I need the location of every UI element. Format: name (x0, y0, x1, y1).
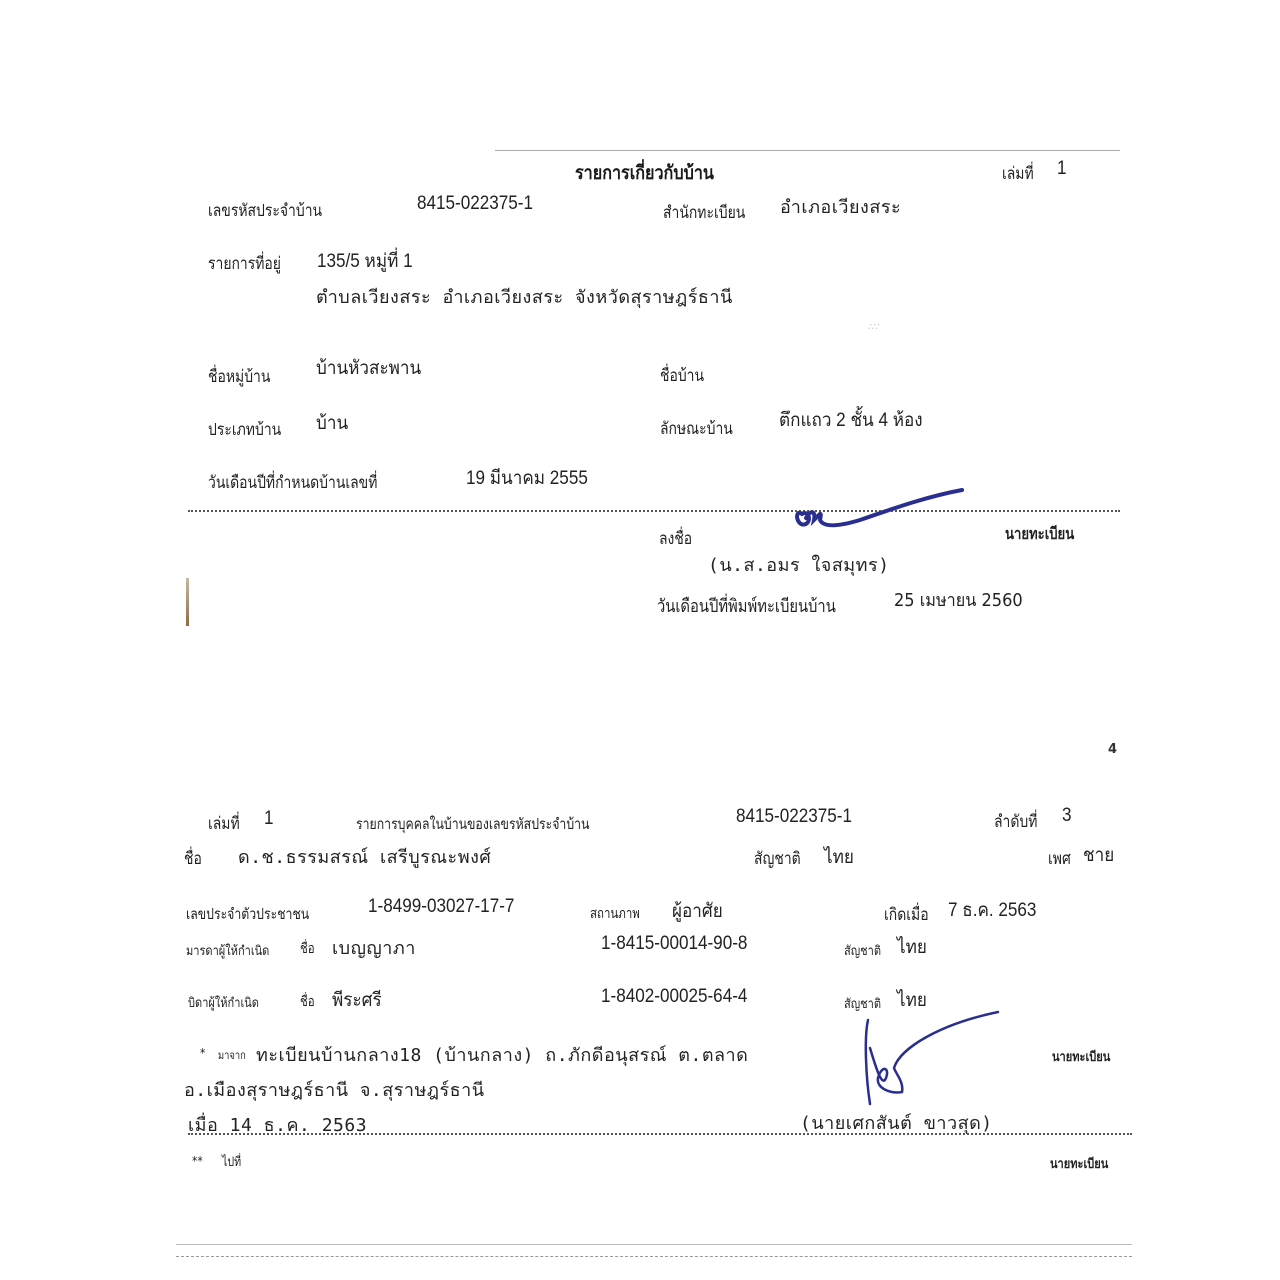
mother-nationality-label: สัญชาติ (844, 940, 881, 961)
mother-name-value: เบญญาภา (332, 933, 416, 962)
mother-id-value: 1-8415-00014-90-8 (601, 933, 747, 955)
registry-office-label: สำนักทะเบียน (663, 199, 745, 226)
person-book-label: เล่มที่ (208, 810, 240, 837)
stamp-smudge: ∴∵ (868, 322, 904, 338)
status-label: สถานภาพ (590, 903, 640, 925)
person-name-label: ชื่อ (184, 845, 202, 872)
order-value: 3 (1062, 805, 1072, 827)
father-label: บิดาผู้ให้กำเนิด (188, 992, 259, 1013)
house-code-value: 8415-022375-1 (417, 193, 533, 215)
house-code-label: เลขรหัสประจำบ้าน (208, 197, 322, 224)
order-label: ลำดับที่ (994, 808, 1037, 835)
house-style-label: ลักษณะบ้าน (660, 415, 733, 442)
moved-from-marker: * (200, 1046, 205, 1060)
house-type-label: ประเภทบ้าน (208, 416, 281, 443)
house-type-value: บ้าน (316, 408, 348, 438)
person-heading: รายการบุคคลในบ้านของเลขรหัสประจำบ้าน (356, 812, 589, 836)
nationality-label: สัญชาติ (754, 845, 801, 872)
assigned-date-value: 19 มีนาคม 2555 (466, 463, 588, 493)
address-label: รายการที่อยู่ (208, 250, 281, 277)
sex-value: ชาย (1083, 840, 1114, 870)
id-label: เลขประจำตัวประชาชน (186, 902, 309, 926)
registrar-title-bottom-1: นายทะเบียน (1052, 1046, 1110, 1067)
registrar-signature-1 (790, 484, 970, 544)
registry-office-value: อำเภอเวียงสระ (780, 192, 901, 221)
scan-edge-mark (186, 578, 189, 626)
bottom-border-line-1 (176, 1244, 1132, 1245)
moved-from-line1: ทะเบียนบ้านกลาง18 (บ้านกลาง) ถ.ภักดีอนุส… (256, 1040, 748, 1069)
village-name-value: บ้านหัวสะพาน (316, 353, 421, 383)
registrar-name-top: (น.ส.อมร ใจสมุทร) (708, 550, 890, 579)
id-value: 1-8499-03027-17-7 (368, 896, 514, 918)
house-section-title: รายการเกี่ยวกับบ้าน (575, 158, 714, 188)
father-id-value: 1-8402-00025-64-4 (601, 986, 747, 1008)
moved-to-label: ไปที่ (222, 1151, 241, 1172)
mother-name-label: ชื่อ (300, 938, 315, 960)
mother-nationality-value: ไทย (897, 932, 927, 962)
book-label-text: เล่มที่ (1002, 164, 1034, 184)
book-label: เล่มที่ (1002, 160, 1034, 187)
address-line1: 135/5 หมู่ที่ 1 (317, 246, 413, 276)
top-border-line (495, 150, 1120, 151)
print-date-value: 25 เมษายน 2560 (894, 585, 1023, 614)
sign-label: ลงชื่อ (659, 525, 692, 552)
moved-to-marker: ** (192, 1154, 203, 1168)
assigned-date-label: วันเดือนปีที่กำหนดบ้านเลขที่ (208, 469, 377, 496)
house-name-label: ชื่อบ้าน (660, 362, 704, 389)
page-number: 4 (1108, 742, 1117, 757)
sex-label: เพศ (1048, 845, 1071, 872)
birth-label: เกิดเมื่อ (884, 901, 929, 928)
village-name-label: ชื่อหมู่บ้าน (208, 363, 270, 390)
bottom-border-line-2 (176, 1256, 1132, 1257)
address-line2: ตำบลเวียงสระ อำเภอเวียงสระ จังหวัดสุราษฎ… (316, 282, 733, 311)
person-name-value: ด.ช.ธรรมสรณ์ เสรีบูรณะพงศ์ (238, 842, 491, 871)
mother-label: มารดาผู้ให้กำเนิด (186, 940, 269, 961)
registrar-title-bottom-2: นายทะเบียน (1050, 1153, 1108, 1174)
father-name-label: ชื่อ (300, 991, 315, 1013)
moved-from-line2: อ.เมืองสุราษฎร์ธานี จ.สุราษฎร์ธานี (184, 1075, 485, 1104)
book-value: 1 (1057, 158, 1067, 180)
house-style-value: ตึกแถว 2 ชั้น 4 ห้อง (779, 405, 923, 435)
registrar-title-top: นายทะเบียน (1005, 522, 1074, 547)
section-divider-dotted (188, 510, 1120, 512)
father-name-value: พีระศรี (332, 985, 382, 1015)
person-book-value: 1 (264, 808, 274, 830)
nationality-value: ไทย (824, 842, 854, 872)
print-date-label: วันเดือนปีที่พิมพ์ทะเบียนบ้าน (657, 591, 836, 620)
moved-from-label: มาจาก (218, 1046, 246, 1064)
birth-value: 7 ธ.ค. 2563 (948, 895, 1036, 925)
registrar-signature-2 (860, 1008, 1010, 1108)
moved-divider-dotted (188, 1133, 1132, 1135)
status-value: ผู้อาศัย (672, 896, 723, 926)
person-house-code: 8415-022375-1 (736, 806, 852, 828)
